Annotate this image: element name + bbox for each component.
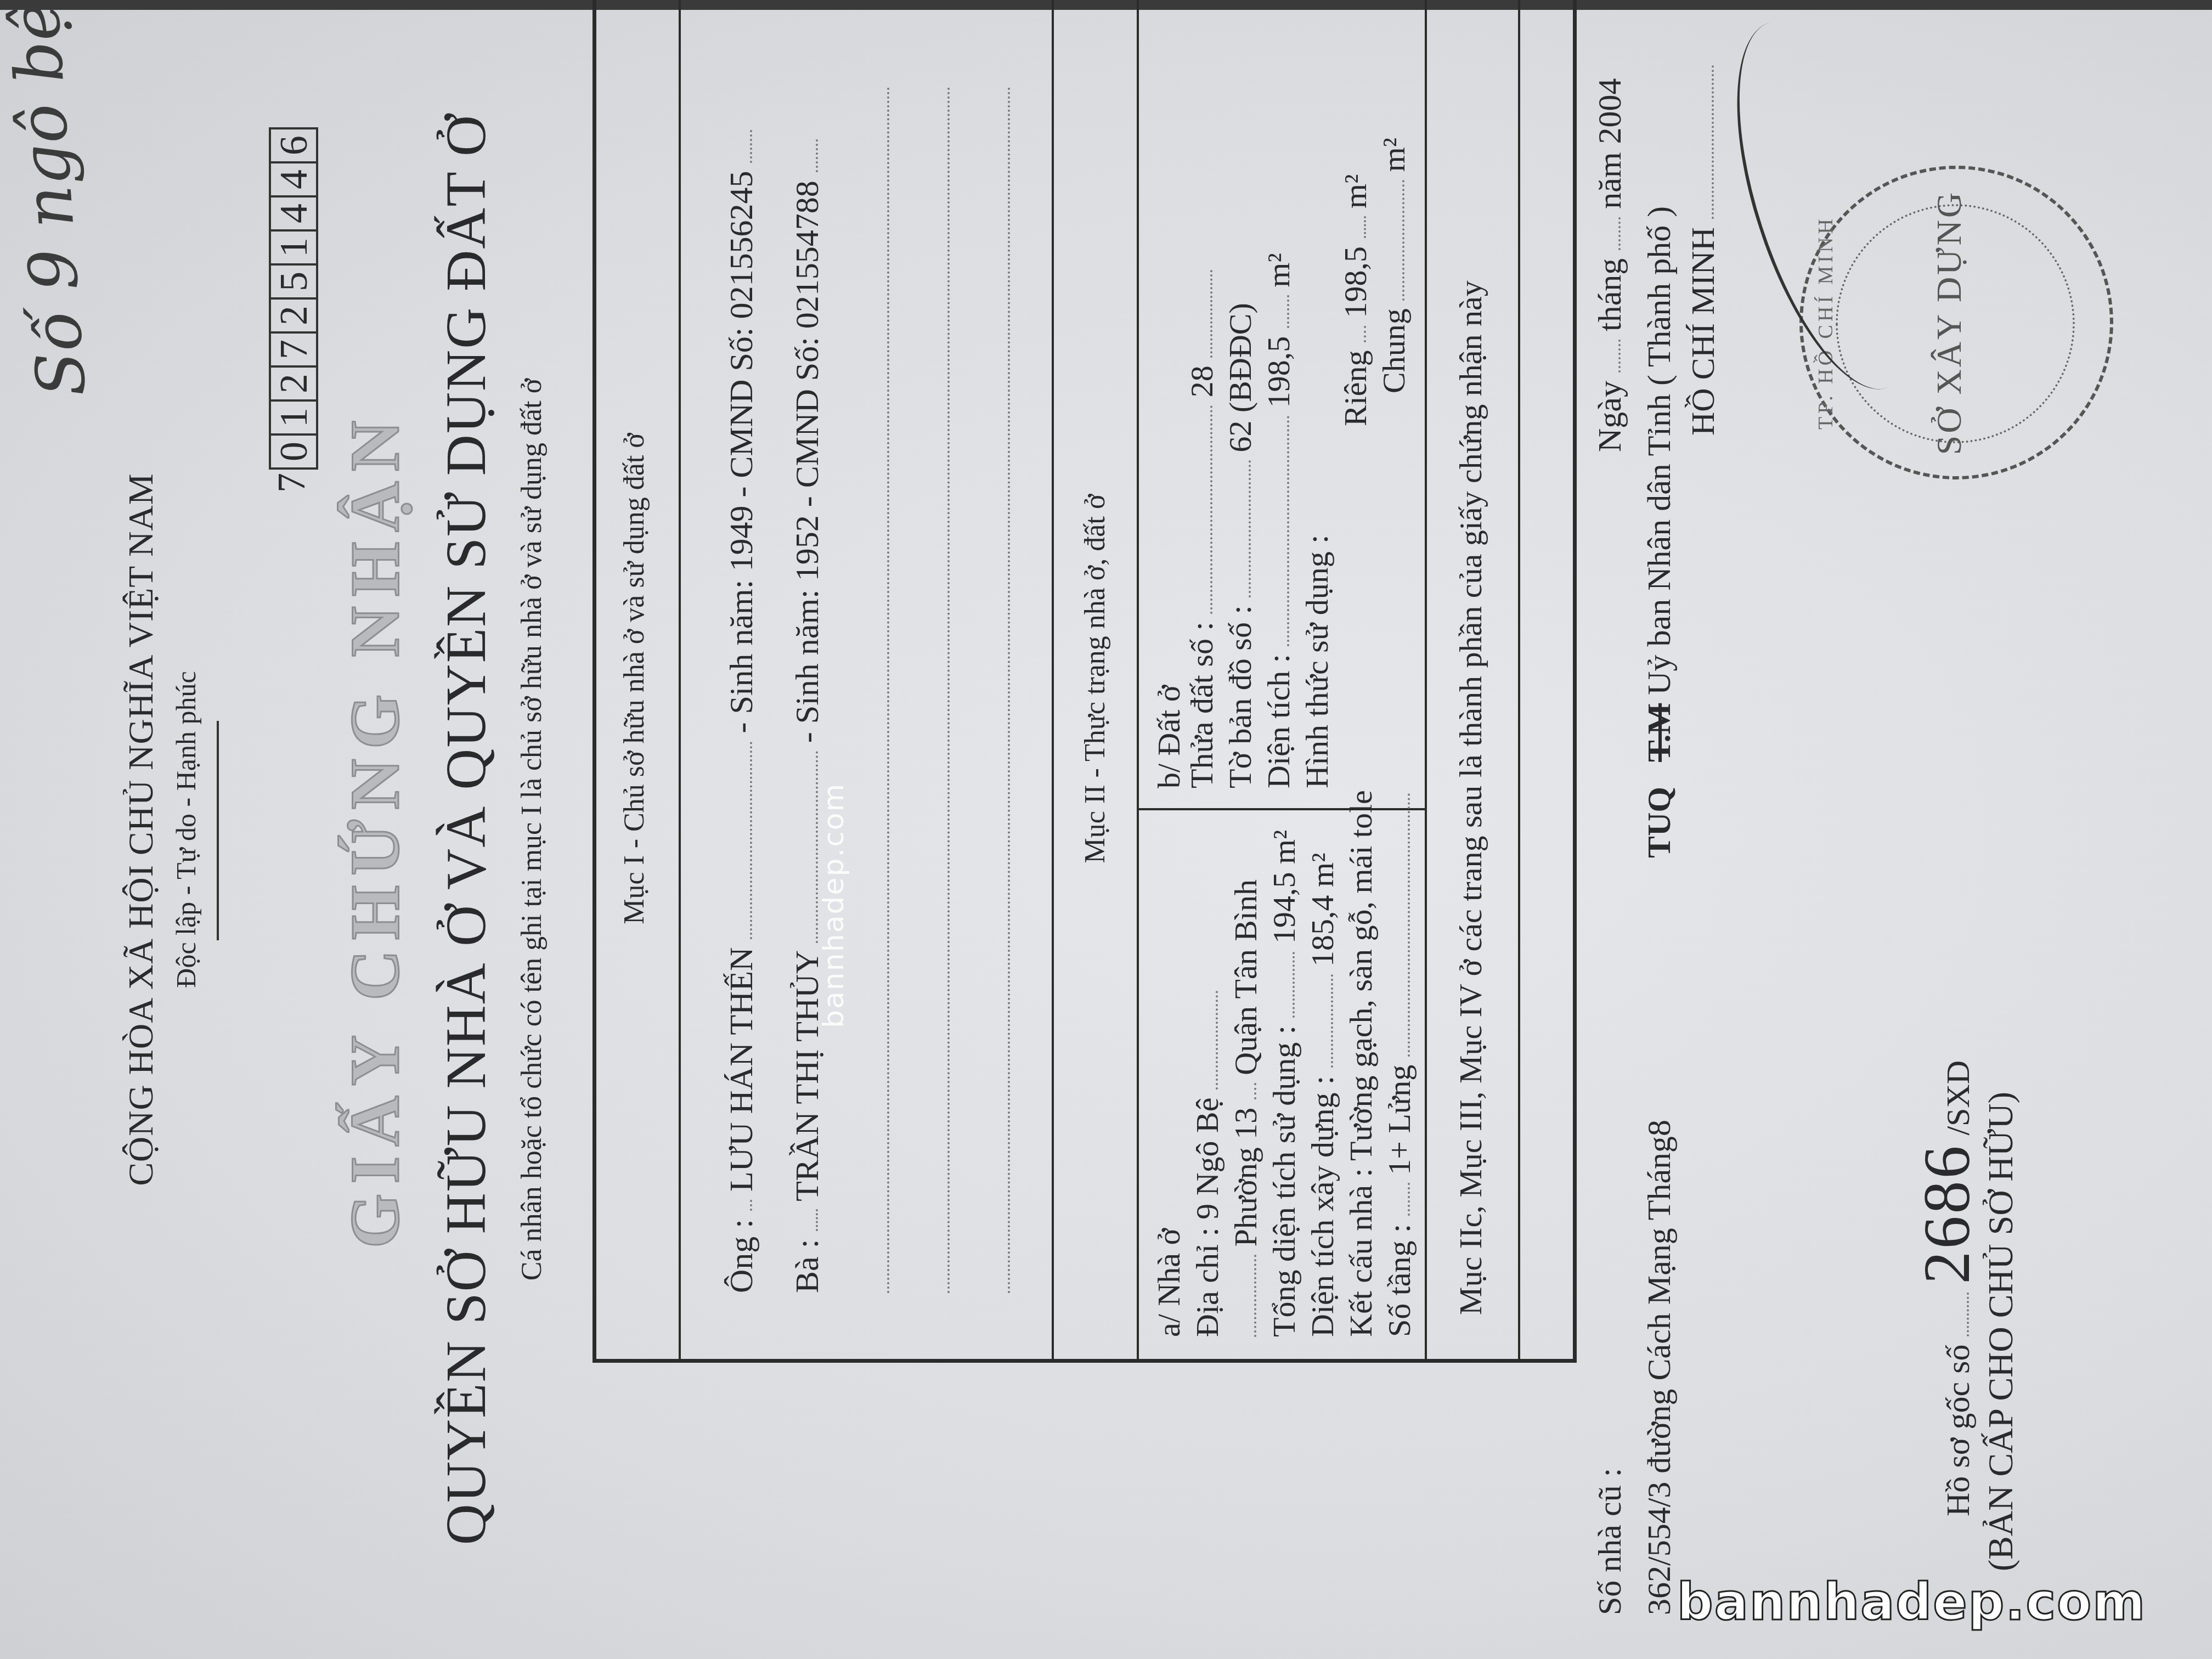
serial-digit: 1 bbox=[269, 232, 318, 266]
blank-line bbox=[860, 86, 898, 1293]
land-area-label: Diện tích : bbox=[1261, 654, 1296, 788]
built-area-value: 185,4 bbox=[1305, 895, 1340, 967]
total-area-value: 194,5 bbox=[1266, 872, 1302, 944]
authority-name: Uỷ ban Nhân dân Tỉnh ( Thành phố ) bbox=[1641, 206, 1677, 695]
authority-line: TUQ T.M Uỷ ban Nhân dân Tỉnh ( Thành phố… bbox=[1640, 206, 1678, 858]
total-area-label: Tổng diện tích sử dụng : bbox=[1266, 1025, 1302, 1337]
serial-number: 7 0 1 2 7 2 5 1 4 4 6 bbox=[269, 127, 318, 496]
owner-id-label: - CMND Số: bbox=[723, 328, 759, 498]
floors-row: Số tầng : 1+ Lửng bbox=[1381, 793, 1418, 1337]
certificate-page: Số 9 ngô bệ CỘNG HÒA XÃ HỘI CHỦ NGHĨA VI… bbox=[0, 0, 2212, 1659]
section2-top-divider bbox=[1052, 0, 1054, 1359]
header-underline bbox=[217, 721, 219, 940]
serial-digit: 6 bbox=[269, 127, 318, 163]
serial-digit: 4 bbox=[269, 163, 318, 198]
private-area-value: 198,5 bbox=[1338, 246, 1373, 318]
structure-label: Kết cấu nhà : bbox=[1343, 1168, 1379, 1337]
owner-id-number: 021556245 bbox=[723, 171, 759, 319]
tuq-label: TUQ bbox=[1641, 787, 1677, 858]
private-row: Riêng 198,5 m² bbox=[1337, 174, 1374, 426]
address-label: Địa chỉ : bbox=[1189, 1227, 1225, 1337]
map-sheet-value: 62 (BĐĐC) bbox=[1222, 303, 1258, 452]
serial-prefix: 7 bbox=[269, 470, 318, 496]
private-label: Riêng bbox=[1338, 350, 1373, 426]
serial-digit: 2 bbox=[269, 368, 318, 402]
watermark-corner: bannhadep.com bbox=[1677, 1573, 2146, 1632]
structure-row: Kết cấu nhà : Tường gạch, sàn gỗ, mái to… bbox=[1342, 790, 1379, 1337]
date-year-value: 2004 bbox=[1592, 78, 1628, 144]
area-unit: m² bbox=[1305, 853, 1340, 887]
city-line: HỒ CHÍ MINH bbox=[1684, 65, 1722, 436]
owner-birth-year: 1949 bbox=[723, 506, 759, 572]
area-unit: m² bbox=[1266, 830, 1302, 865]
map-sheet-label: Tờ bản đồ số : bbox=[1222, 605, 1258, 788]
map-sheet-row: Tờ bản đồ số : 62 (BĐĐC) bbox=[1222, 303, 1259, 788]
shared-label: Chung bbox=[1376, 308, 1412, 393]
owner-birth-year: 1952 bbox=[789, 515, 825, 581]
national-header: CỘNG HÒA XÃ HỘI CHỦ NGHĨA VIỆT NAM bbox=[121, 0, 161, 1659]
owner-name: LƯU HÁN THẾN bbox=[723, 947, 759, 1192]
district-value: Quận Tân Bình bbox=[1228, 879, 1263, 1075]
date-day-label: Ngày bbox=[1592, 381, 1628, 452]
blank-line bbox=[920, 86, 958, 1293]
shared-row: Chung m² bbox=[1375, 138, 1412, 393]
ward-value: Phường 13 bbox=[1228, 1108, 1263, 1247]
stamp-center-text: SỞ XÂY DỰNG bbox=[1929, 169, 1970, 476]
serial-digit: 0 bbox=[269, 436, 318, 470]
structure-value: Tường gạch, sàn gỗ, mái tole bbox=[1343, 790, 1379, 1161]
land-area-value: 198,5 bbox=[1261, 336, 1296, 408]
usage-row: Hình thức sử dụng : bbox=[1299, 535, 1335, 788]
old-address-value: 362/554/3 đường Cách Mạng Tháng8 bbox=[1640, 1120, 1678, 1615]
footer-note: Mục IIc, Mục III, Mục IV ở các trang sau… bbox=[1452, 280, 1489, 1315]
serial-digit: 1 bbox=[269, 402, 318, 436]
old-address-label: Số nhà cũ : bbox=[1591, 1468, 1629, 1615]
owner-birth-label: - Sinh năm: bbox=[789, 589, 825, 743]
section2-heading: Mục II - Thực trạng nhà ở, đất ở bbox=[1079, 0, 1111, 1359]
house-address-row: Địa chỉ : 9 Ngô Bệ bbox=[1189, 991, 1226, 1337]
serial-digit: 2 bbox=[269, 300, 318, 334]
date-line: Ngày tháng năm 2004 bbox=[1591, 78, 1629, 452]
address-value: 9 Ngô Bệ bbox=[1189, 1097, 1225, 1219]
house-label: a/ Nhà ở bbox=[1150, 1228, 1187, 1337]
serial-digit: 7 bbox=[269, 334, 318, 368]
section2-divider bbox=[1137, 0, 1139, 1359]
house-ward-row: Phường 13 Quận Tân Bình bbox=[1227, 879, 1264, 1337]
floors-label: Số tầng : bbox=[1381, 1224, 1417, 1337]
file-record-number: 2686 bbox=[1910, 1144, 1983, 1284]
owner-id-number: 021554788 bbox=[789, 180, 825, 329]
land-area-row: Diện tích : 198,5 m² bbox=[1260, 253, 1297, 788]
blank-line bbox=[980, 86, 1018, 1293]
serial-digit: 5 bbox=[269, 266, 318, 300]
section2-bottom-divider bbox=[1425, 0, 1427, 1359]
copy-note: (BẢN CẤP CHO CHỦ SỞ HỮU) bbox=[1980, 1092, 2021, 1571]
owner-row: Bà : TRẦN THỊ THỦY - Sinh năm: 1952 - CM… bbox=[788, 139, 826, 1293]
plot-row: Thửa đất số : 28 bbox=[1183, 270, 1220, 788]
private-area-unit: m² bbox=[1338, 174, 1373, 208]
certificate-table: Mục I - Chủ sở hữu nhà ở và sử dụng đất … bbox=[592, 0, 1577, 1363]
built-area-row: Diện tích xây dựng : 185,4 m² bbox=[1304, 853, 1341, 1337]
land-label: b/ Đất ở bbox=[1150, 685, 1187, 788]
owner-name: TRẦN THỊ THỦY bbox=[789, 951, 825, 1201]
motto: Độc lập - Tự do - Hạnh phúc bbox=[170, 0, 202, 1659]
file-record-label: Hồ sơ gốc số bbox=[1940, 1345, 1976, 1516]
owner-row: Ông : LƯU HÁN THẾN - Sinh năm: 1949 - CM… bbox=[723, 130, 760, 1293]
floors-value: 1+ Lửng bbox=[1381, 1065, 1417, 1175]
shared-area-unit: m² bbox=[1376, 138, 1412, 172]
plot-value: 28 bbox=[1184, 365, 1220, 397]
date-year-label: năm bbox=[1592, 152, 1628, 208]
owner-prefix: Bà : bbox=[789, 1239, 825, 1293]
owner-id-label: - CMND Số: bbox=[789, 337, 825, 507]
document-subtitle: QUYỀN SỞ HỮU NHÀ Ở VÀ QUYỀN SỬ DỤNG ĐẤT … bbox=[433, 0, 499, 1659]
tm-label: T.M bbox=[1641, 703, 1677, 762]
plot-label: Thửa đất số : bbox=[1184, 622, 1220, 788]
owner-prefix: Ông : bbox=[723, 1219, 759, 1293]
footer-divider bbox=[1518, 0, 1520, 1359]
owner-birth-label: - Sinh năm: bbox=[723, 580, 759, 733]
file-record-suffix: /SXD bbox=[1940, 1060, 1976, 1136]
section1-divider bbox=[679, 0, 681, 1359]
date-month-label: tháng bbox=[1592, 258, 1628, 331]
document-title: GIẤY CHỨNG NHẬN bbox=[335, 0, 415, 1659]
serial-digit: 4 bbox=[269, 198, 318, 232]
land-area-unit: m² bbox=[1261, 253, 1296, 287]
total-area-row: Tổng diện tích sử dụng : 194,5 m² bbox=[1266, 830, 1302, 1337]
file-record-line: Hồ sơ gốc số 2686 /SXD bbox=[1909, 1060, 1985, 1516]
section1-heading: Mục I - Chủ sở hữu nhà ở và sử dụng đất … bbox=[618, 0, 651, 1359]
intro-text: Cá nhân hoặc tổ chức có tên ghi tại mục … bbox=[516, 0, 548, 1659]
built-area-label: Diện tích xây dựng : bbox=[1305, 1076, 1340, 1337]
city-name: HỒ CHÍ MINH bbox=[1685, 227, 1721, 436]
handwritten-note: Số 9 ngô bệ bbox=[0, 0, 101, 399]
